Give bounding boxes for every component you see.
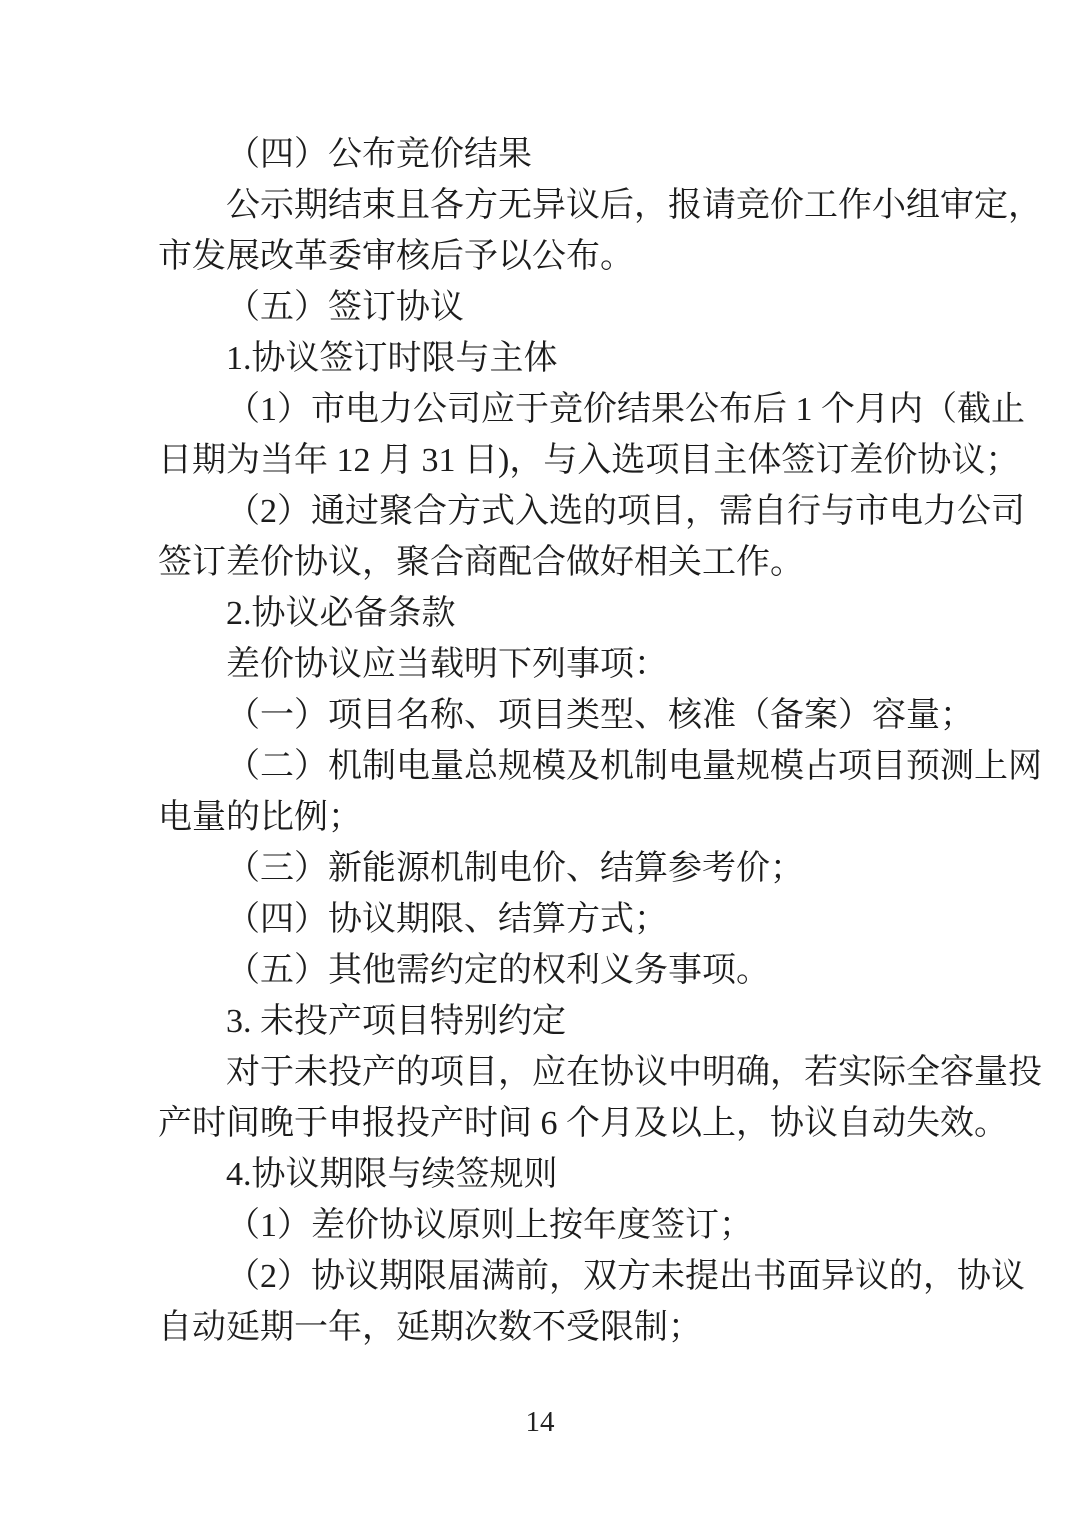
text-line: 对于未投产的项目，应在协议中明确，若实际全容量投: [158, 1047, 958, 1098]
text-line: （2）协议期限届满前，双方未提出书面异议的，协议: [158, 1251, 958, 1302]
text-line: 自动延期一年，延期次数不受限制；: [158, 1302, 958, 1353]
text-line: （二）机制电量总规模及机制电量规模占项目预测上网: [158, 741, 958, 792]
text-line: （五）签订协议: [158, 282, 958, 333]
text-line: 市发展改革委审核后予以公布。: [158, 231, 958, 282]
text-line: 日期为当年 12 月 31 日)，与入选项目主体签订差价协议；: [158, 435, 958, 486]
page-number: 14: [0, 1406, 1080, 1439]
text-line: 差价协议应当载明下列事项：: [158, 639, 958, 690]
text-line: （五）其他需约定的权利义务事项。: [158, 945, 958, 996]
text-line: 公示期结束且各方无异议后，报请竞价工作小组审定，: [158, 180, 958, 231]
text-line: 4.协议期限与续签规则: [158, 1149, 958, 1200]
text-line: （三）新能源机制电价、结算参考价；: [158, 843, 958, 894]
text-line: 1.协议签订时限与主体: [158, 333, 958, 384]
text-line: （1）差价协议原则上按年度签订；: [158, 1200, 958, 1251]
text-line: （1）市电力公司应于竞价结果公布后 1 个月内（截止: [158, 384, 958, 435]
text-line: （2）通过聚合方式入选的项目，需自行与市电力公司: [158, 486, 958, 537]
text-line: 2.协议必备条款: [158, 588, 958, 639]
document-page: （四）公布竞价结果公示期结束且各方无异议后，报请竞价工作小组审定，市发展改革委审…: [0, 0, 1080, 1527]
text-line: （四）协议期限、结算方式；: [158, 894, 958, 945]
text-line: （四）公布竞价结果: [158, 129, 958, 180]
document-body: （四）公布竞价结果公示期结束且各方无异议后，报请竞价工作小组审定，市发展改革委审…: [158, 129, 958, 1353]
text-line: 3. 未投产项目特别约定: [158, 996, 958, 1047]
text-line: 电量的比例；: [158, 792, 958, 843]
text-line: （一）项目名称、项目类型、核准（备案）容量；: [158, 690, 958, 741]
text-line: 产时间晚于申报投产时间 6 个月及以上，协议自动失效。: [158, 1098, 958, 1149]
text-line: 签订差价协议，聚合商配合做好相关工作。: [158, 537, 958, 588]
